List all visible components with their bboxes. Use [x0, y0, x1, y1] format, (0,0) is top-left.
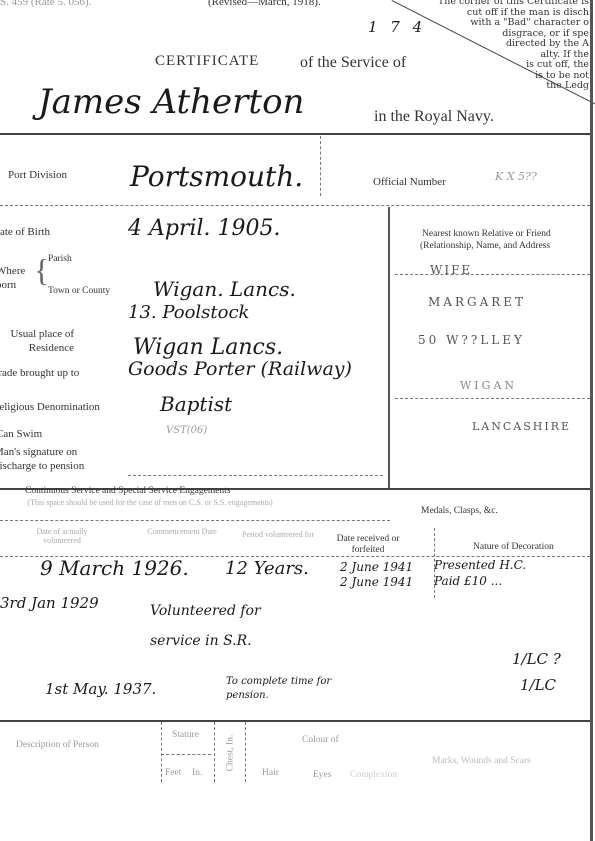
- corner-note: The corner of this Certificate is cut of…: [438, 0, 589, 92]
- relative-subheading: (Relationship, Name, and Address: [420, 241, 550, 251]
- medal-row-1-nature: Presented H.C.: [434, 558, 526, 572]
- col-period: Period volunteered for: [238, 530, 318, 539]
- marks-label: Marks, Wounds and Scars: [432, 756, 531, 766]
- chest-label: Chest, In.: [225, 735, 235, 772]
- colour-of-label: Colour of: [302, 735, 339, 745]
- form-reference: S. 459 (Rate 5. 056).: [0, 0, 91, 8]
- sailor-name: James Atherton: [38, 82, 304, 122]
- engagements-subheading: (This space should be used for the case …: [0, 498, 300, 507]
- town-value: Wigan. Lancs.: [153, 277, 296, 301]
- relative-county: LANCASHIRE: [472, 420, 571, 433]
- hair-label: Hair: [262, 768, 279, 778]
- relative-town: WIGAN: [460, 379, 517, 392]
- swim-label: Can Swim: [0, 428, 42, 440]
- port-division-label: Port Division: [8, 169, 67, 181]
- date-of-birth-label: Date of Birth: [0, 226, 50, 238]
- divider: [320, 136, 321, 196]
- divider: [388, 207, 390, 489]
- signature-line: [128, 475, 383, 476]
- town-label: Town or County: [48, 286, 110, 296]
- engagements-heading: Continuous Service and Special Service E…: [25, 486, 231, 496]
- residence-line1: 13. Poolstock: [128, 302, 249, 323]
- page-number: 1 7 4: [368, 18, 426, 36]
- divider: [245, 722, 246, 782]
- stature-label: Stature: [172, 730, 199, 740]
- certificate-title-suffix: of the Service of: [300, 54, 406, 72]
- divider: [0, 205, 590, 206]
- engagement-row-1-date: 9 March 1926.: [40, 556, 189, 580]
- revision-date: (Revised—March, 1918).: [208, 0, 321, 8]
- medal-row-1-date: 2 June 1941: [340, 560, 413, 574]
- divider: [214, 722, 215, 782]
- eyes-label: Eyes: [313, 770, 331, 780]
- col-nature: Nature of Decoration: [473, 542, 554, 552]
- trade-label: Trade brought up to: [0, 367, 79, 379]
- official-number-label: Official Number: [373, 176, 446, 188]
- residence-line2: Wigan Lancs.: [133, 335, 283, 360]
- divider: [395, 398, 590, 399]
- relative-heading: Nearest known Relative or Friend: [422, 229, 551, 239]
- engagement-row-2-date: 3rd Jan 1929: [0, 594, 99, 612]
- inches-label: In.: [192, 768, 202, 778]
- service-branch: in the Royal Navy.: [374, 108, 494, 126]
- description-label: Description of Person: [16, 740, 99, 750]
- relative-street: 50 W??LLEY: [418, 333, 525, 347]
- col-commencement: Commencement Date: [142, 527, 222, 536]
- page-edge: [590, 0, 593, 841]
- usual-residence-label: Usual place of Residence: [0, 327, 74, 355]
- parish-label: Parish: [48, 254, 72, 264]
- divider: [0, 520, 390, 521]
- signature-label: Man's signature on discharge to pension: [0, 445, 114, 473]
- engagement-row-3-date: 1st May. 1937.: [45, 680, 156, 698]
- where-born-label: Where born: [0, 264, 30, 292]
- medals-heading: Medals, Clasps, &c.: [421, 506, 498, 516]
- medal-annotation-1: 1/LC ?: [512, 650, 561, 668]
- medal-row-2-nature: Paid £10 ...: [434, 574, 502, 588]
- engagement-row-3-period: To complete time for pension.: [226, 675, 336, 703]
- col-date-actually: Date of actually volunteered: [22, 527, 102, 545]
- col-date-received: Date received or forfeited: [328, 534, 408, 556]
- certificate-title: CERTIFICATE: [155, 53, 259, 70]
- swim-value: VST(06): [166, 425, 207, 436]
- divider: [395, 274, 590, 275]
- divider: [161, 754, 211, 755]
- feet-label: Feet: [165, 768, 181, 778]
- date-of-birth-value: 4 April. 1905.: [128, 216, 281, 241]
- religion-label: Religious Denomination: [0, 401, 100, 413]
- medal-row-2-date: 2 June 1941: [340, 575, 413, 589]
- official-number-value: K X 5??: [495, 170, 537, 183]
- divider: [0, 133, 590, 135]
- medal-annotation-2: 1/LC: [520, 676, 556, 694]
- divider: [0, 720, 590, 722]
- engagement-row-1-period: 12 Years.: [225, 558, 309, 579]
- port-division-value: Portsmouth.: [130, 160, 303, 193]
- engagement-row-2-period: Volunteered for service in S.R.: [150, 596, 290, 656]
- relative-name: MARGARET: [428, 295, 526, 309]
- religion-value: Baptist: [160, 392, 232, 416]
- divider: [161, 722, 162, 782]
- trade-value: Goods Porter (Railway): [128, 358, 352, 380]
- complexion-label: Complexion: [350, 770, 397, 780]
